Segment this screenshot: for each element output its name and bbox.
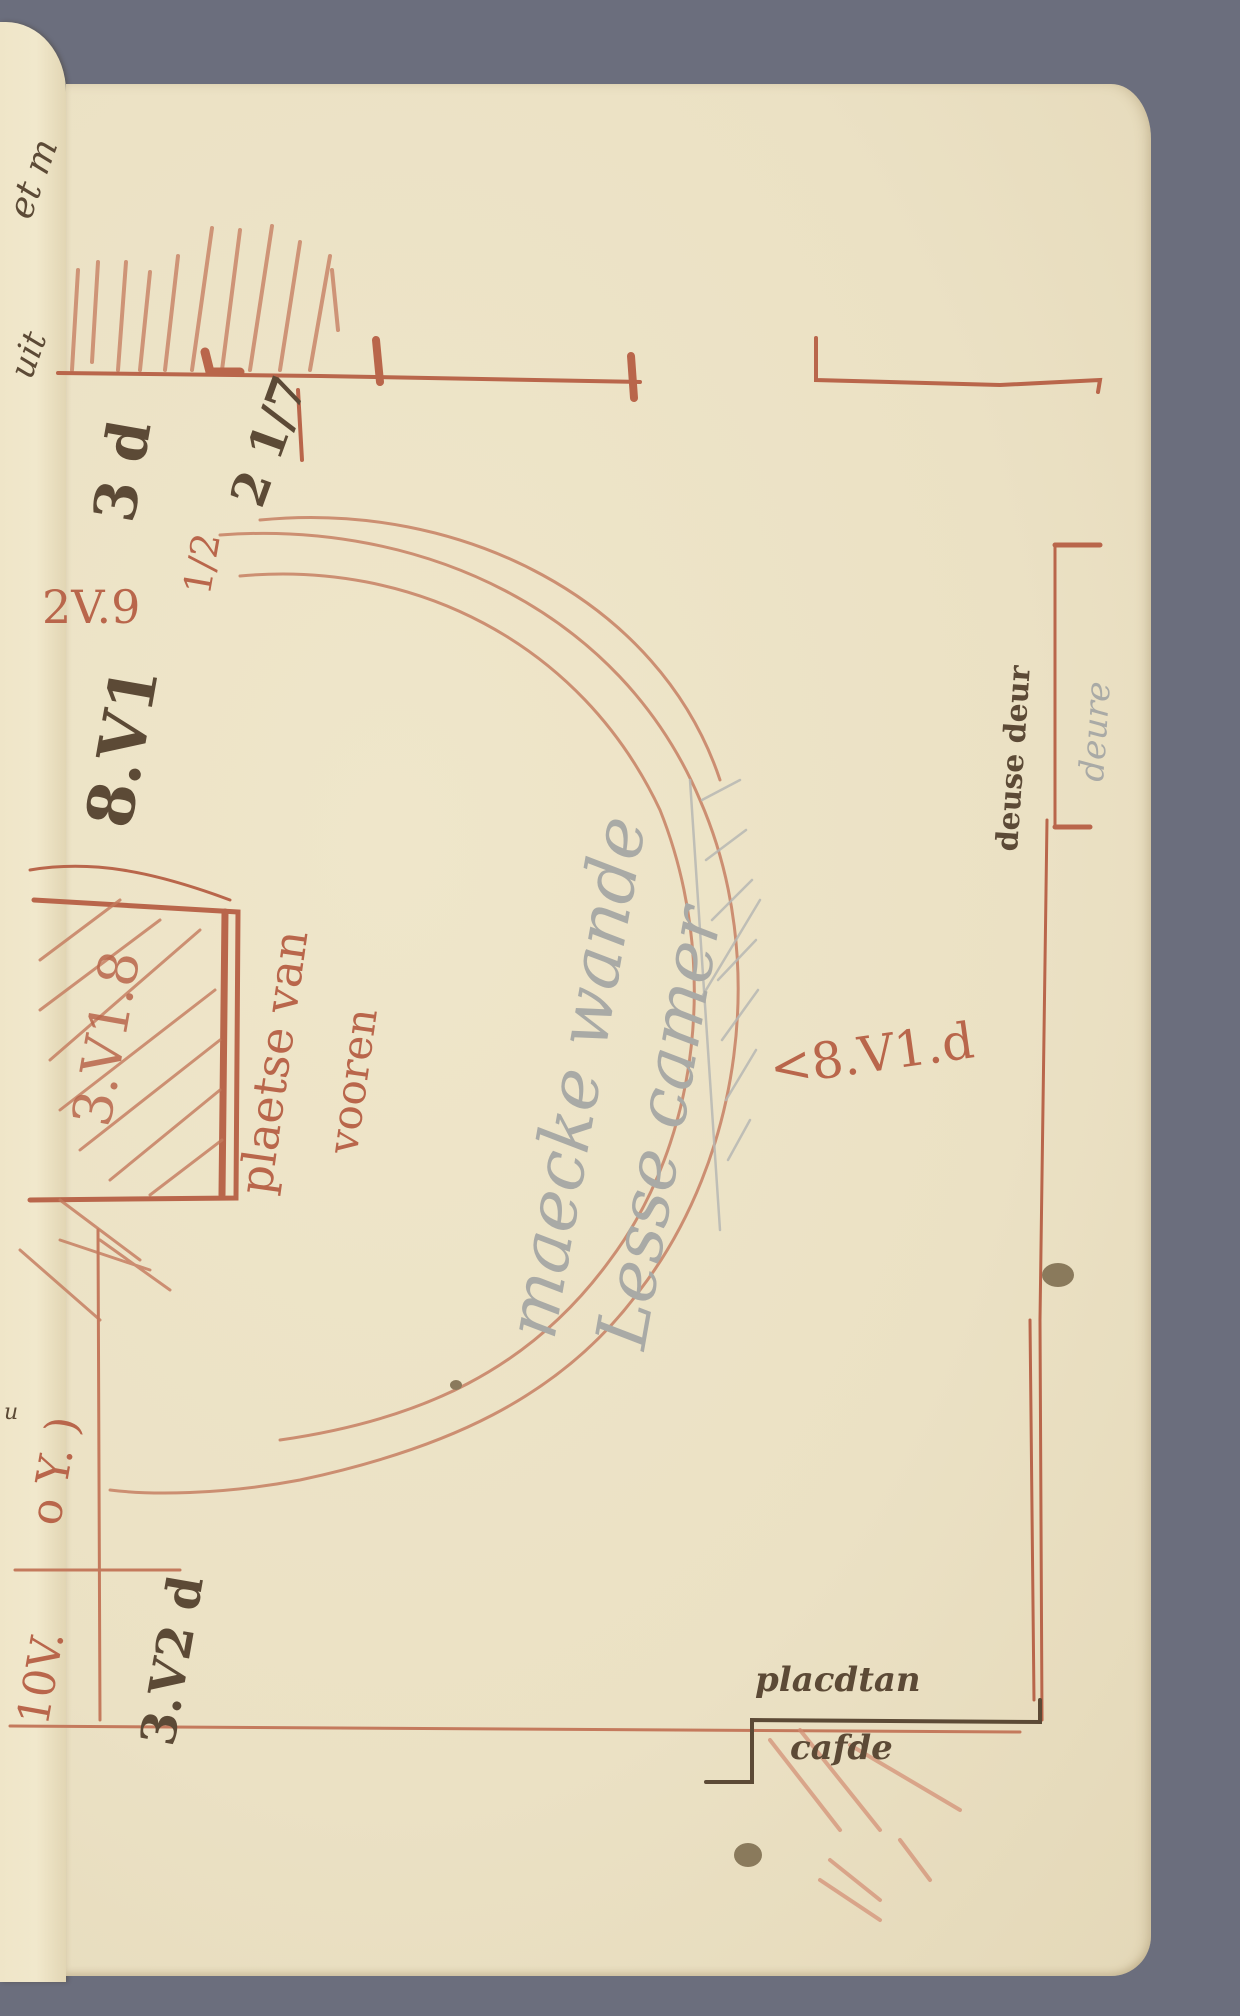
bottom-label-cafde: cafde <box>790 1728 893 1768</box>
margin-fragment-3: u <box>4 1400 18 1425</box>
stains <box>450 1263 1074 1867</box>
dim-2v9: 2V.9 <box>42 580 140 634</box>
bottom-label-placdtan: placdtan <box>755 1660 921 1700</box>
right-pencil-label: deure <box>1072 680 1119 783</box>
top-wall-line <box>58 338 1100 460</box>
manuscript-scene: et m uit u 3 d 2 1/7 2V.9 1/2 8.V1 3.V1.… <box>0 0 1240 2016</box>
